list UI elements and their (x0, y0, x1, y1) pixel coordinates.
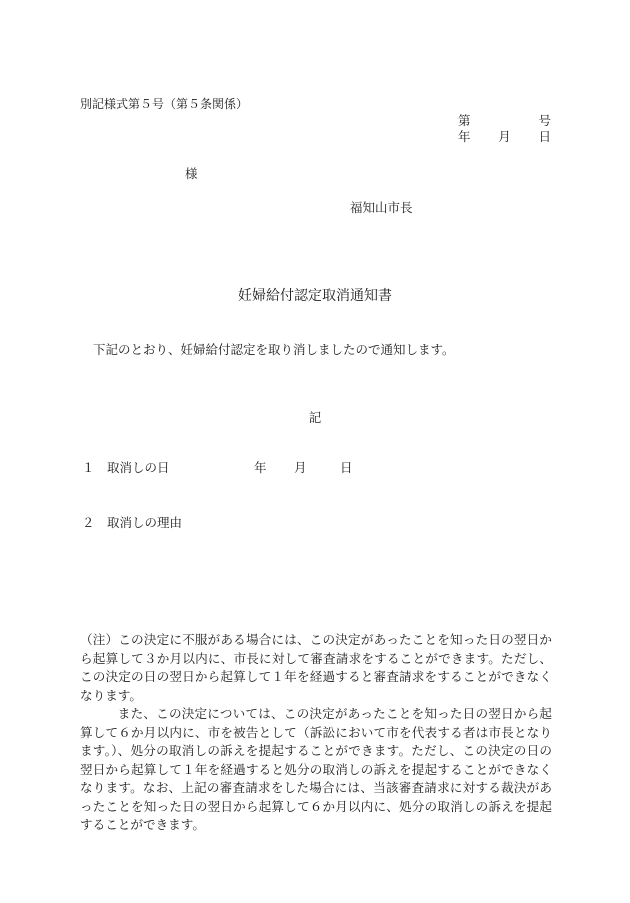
item-number: ２ (82, 515, 107, 531)
item-label: 取消しの日 (107, 460, 170, 476)
cancel-year: 年 (254, 460, 294, 476)
item-label: 取消しの理由 (107, 515, 182, 531)
issuer: 福知山市長 (350, 200, 413, 216)
addressee-suffix: 様 (185, 166, 198, 182)
item-cancel-date: １ 取消しの日 (82, 460, 170, 476)
document-title: 妊婦給付認定取消通知書 (0, 288, 630, 304)
note-paragraph-1: （注）この決定に不服がある場合には、この決定があったことを知った日の翌日から起算… (80, 631, 552, 705)
document-number-line: 第 号 (458, 113, 551, 129)
cancel-date-fields: 年 月 日 (254, 460, 353, 476)
note-paragraph-2: また、この決定については、この決定があったことを知った日の翌日から起算して６か月… (80, 705, 552, 835)
issue-month: 月 (498, 129, 511, 145)
ki-heading: 記 (0, 410, 630, 426)
issue-date-line: 年 月 日 (458, 129, 551, 145)
cancel-month: 月 (294, 460, 340, 476)
item-cancel-reason: ２ 取消しの理由 (82, 515, 182, 531)
issue-year: 年 (458, 129, 471, 145)
cancel-day: 日 (340, 460, 353, 476)
issue-day: 日 (538, 129, 551, 145)
form-id: 別記様式第５号（第５条関係） (80, 96, 248, 112)
intro-text: 下記のとおり、妊婦給付認定を取り消しましたので通知します。 (93, 342, 455, 358)
item-number: １ (82, 460, 107, 476)
note-section: （注）この決定に不服がある場合には、この決定があったことを知った日の翌日から起算… (80, 631, 552, 835)
number-prefix: 第 (458, 113, 471, 129)
number-suffix: 号 (538, 113, 551, 129)
